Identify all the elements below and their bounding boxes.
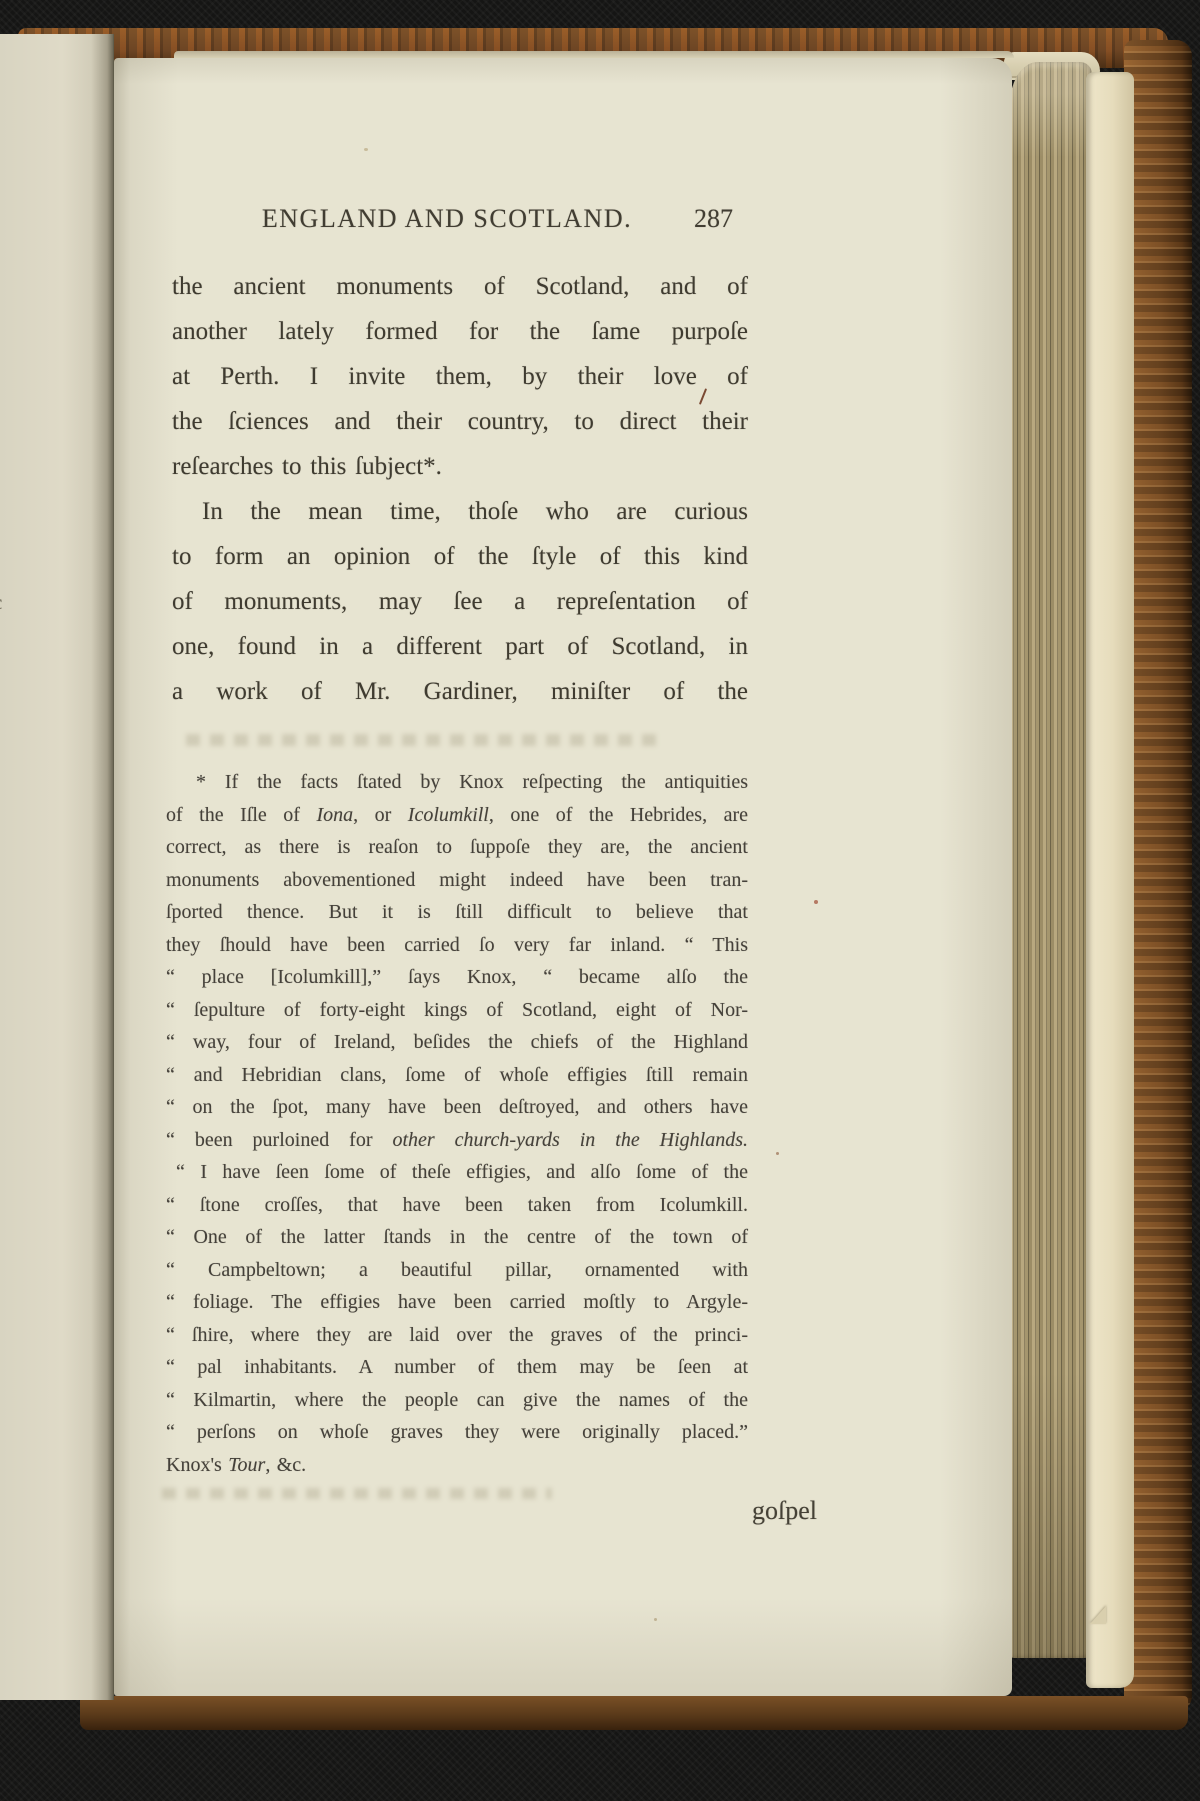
facing-page-text-fragments: ſ)[ct’rl;f — [0, 224, 9, 1304]
text-line: the ſciences and their country, to direc… — [172, 399, 748, 444]
text-segment: , &c. — [265, 1454, 306, 1476]
text-line: “ Campbeltown; a beautiful pillar, ornam… — [166, 1254, 748, 1287]
text-line: Knox's Tour, &c. — [166, 1449, 748, 1482]
text-line: of the Iſle of Iona, or Icolumkill, one … — [166, 799, 748, 832]
clipped-letter-fragment: c — [0, 548, 9, 656]
book-page: ENGLAND AND SCOTLAND. 287 the ancient mo… — [114, 58, 1012, 1696]
text-segment: of the Iſle of — [166, 804, 316, 826]
text-line: “ place [Icolumkill],” ſays Knox, “ beca… — [166, 961, 748, 994]
clipped-letter-fragment: [ — [0, 440, 9, 548]
footnote: * If the facts ſtated by Knox reſpecting… — [166, 766, 748, 1481]
clipped-letter-fragment: f — [0, 1196, 9, 1304]
text-line: at Perth. I invite them, by their love o… — [172, 354, 748, 399]
photograph-background: ſ)[ct’rl;f ENGLAND AND SCOTLAND. 287 the… — [0, 0, 1200, 1801]
show-through-ghost — [186, 734, 656, 746]
text-line: to form an opinion of the ſtyle of this … — [172, 534, 748, 579]
page-corner-fold — [1090, 1606, 1106, 1624]
running-title: ENGLAND AND SCOTLAND. — [229, 204, 665, 234]
body-text: the ancient monuments of Scotland, and o… — [172, 264, 748, 714]
clipped-letter-fragment: t — [0, 656, 9, 764]
text-line: monuments abovementioned might indeed ha… — [166, 864, 748, 897]
page-number: 287 — [694, 204, 733, 234]
text-segment: the ſciences and their country, to direc… — [172, 408, 748, 435]
paper-speck — [364, 148, 368, 151]
text-segment: “ pal inhabitants. A number of them may … — [166, 1356, 748, 1378]
text-line: In the mean time, thoſe who are curious — [172, 489, 748, 534]
text-segment: reſearches to this ſubject*. — [172, 453, 442, 480]
text-line: “ ſhire, where they are laid over the gr… — [166, 1319, 748, 1352]
text-segment: “ place [Icolumkill],” ſays Knox, “ beca… — [166, 966, 748, 988]
text-line: “ perſons on whoſe graves they were orig… — [166, 1416, 748, 1449]
text-segment: to form an opinion of the ſtyle of this … — [172, 543, 748, 570]
text-line: another lately formed for the ſame purpo… — [172, 309, 748, 354]
text-segment: “ ſepulture of forty-eight kings of Scot… — [166, 999, 748, 1021]
text-line: “ I have ſeen ſome of theſe effigies, an… — [166, 1156, 748, 1189]
text-segment: “ on the ſpot, many have been deſtroyed,… — [166, 1096, 748, 1118]
italic-text-segment: other church-yards in the Highlands. — [392, 1129, 748, 1151]
text-segment: another lately formed for the ſame purpo… — [172, 318, 748, 345]
text-segment: “ ſhire, where they are laid over the gr… — [166, 1324, 748, 1346]
text-line: reſearches to this ſubject*. — [172, 444, 748, 489]
book-cover-right-edge — [1124, 40, 1192, 1712]
text-segment: “ One of the latter ſtands in the centre… — [166, 1226, 748, 1248]
text-segment: the ancient monuments of Scotland, and o… — [172, 273, 748, 300]
text-segment: correct, as there is reaſon to ſuppoſe t… — [166, 836, 748, 858]
paper-speck — [654, 1618, 657, 1621]
text-segment: “ I have ſeen ſome of theſe effigies, an… — [176, 1161, 748, 1183]
clipped-letter-fragment: ’ — [0, 764, 9, 872]
flyleaf-edge — [1086, 72, 1134, 1688]
text-segment: , or — [353, 804, 408, 826]
text-line: “ and Hebridian clans, ſome of whoſe eff… — [166, 1059, 748, 1092]
fore-edge-page-stack — [1010, 62, 1092, 1658]
text-segment: of monuments, may ſee a repreſentation o… — [172, 588, 748, 615]
text-line: “ on the ſpot, many have been deſtroyed,… — [166, 1091, 748, 1124]
clipped-letter-fragment: ) — [0, 332, 9, 440]
clipped-letter-fragment: ſ — [0, 224, 9, 332]
text-line: of monuments, may ſee a repreſentation o… — [172, 579, 748, 624]
text-line: “ foliage. The effigies have been carrie… — [166, 1286, 748, 1319]
text-segment: Knox's — [166, 1454, 228, 1476]
text-segment: a work of Mr. Gardiner, miniſter of the — [172, 678, 748, 705]
text-line: “ ſepulture of forty-eight kings of Scot… — [166, 994, 748, 1027]
clipped-letter-fragment: ; — [0, 1088, 9, 1196]
text-segment: “ foliage. The effigies have been carrie… — [166, 1291, 748, 1313]
text-segment: * If the facts ſtated by Knox reſpecting… — [196, 771, 748, 793]
text-line: ſported thence. But it is ſtill difficul… — [166, 896, 748, 929]
text-segment: ſported thence. But it is ſtill difficul… — [166, 901, 748, 923]
paper-speck — [776, 1152, 779, 1155]
text-line: the ancient monuments of Scotland, and o… — [172, 264, 748, 309]
text-line: a work of Mr. Gardiner, miniſter of the — [172, 669, 748, 714]
italic-text-segment: Tour — [228, 1454, 265, 1476]
text-segment: “ ſtone croſſes, that have been taken fr… — [166, 1194, 748, 1216]
italic-text-segment: Icolumkill — [408, 804, 489, 826]
text-segment: “ Campbeltown; a beautiful pillar, ornam… — [166, 1259, 748, 1281]
text-segment: “ Kilmartin, where the people can give t… — [166, 1389, 748, 1411]
text-line: “ Kilmartin, where the people can give t… — [166, 1384, 748, 1417]
paper-speck — [814, 900, 818, 904]
text-line: “ been purloined for other church-yards … — [166, 1124, 748, 1157]
text-segment: they ſhould have been carried ſo very fa… — [166, 934, 748, 956]
text-line: “ One of the latter ſtands in the centre… — [166, 1221, 748, 1254]
text-segment: “ and Hebridian clans, ſome of whoſe eff… — [166, 1064, 748, 1086]
text-line: one, found in a different part of Scotla… — [172, 624, 748, 669]
text-segment: at Perth. I invite them, by their love o… — [172, 363, 748, 390]
text-line: “ ſtone croſſes, that have been taken fr… — [166, 1189, 748, 1222]
text-line: * If the facts ſtated by Knox reſpecting… — [166, 766, 748, 799]
text-segment: one, found in a different part of Scotla… — [172, 633, 748, 660]
text-line: “ pal inhabitants. A number of them may … — [166, 1351, 748, 1384]
clipped-letter-fragment: r — [0, 872, 9, 980]
text-line: they ſhould have been carried ſo very fa… — [166, 929, 748, 962]
catchword: goſpel — [752, 1496, 817, 1526]
book-cover-bottom-edge — [80, 1696, 1188, 1730]
text-segment: , one of the Hebrides, are — [489, 804, 748, 826]
text-segment: monuments abovementioned might indeed ha… — [166, 869, 748, 891]
text-segment: “ been purloined for — [166, 1129, 392, 1151]
clipped-letter-fragment: l — [0, 980, 9, 1088]
text-segment: “ way, four of Ireland, beſides the chie… — [166, 1031, 748, 1053]
text-segment: In the mean time, thoſe who are curious — [202, 498, 748, 525]
text-line: correct, as there is reaſon to ſuppoſe t… — [166, 831, 748, 864]
italic-text-segment: Iona — [316, 804, 353, 826]
text-segment: “ perſons on whoſe graves they were orig… — [166, 1421, 748, 1443]
facing-page-sliver: ſ)[ct’rl;f — [0, 34, 114, 1700]
text-line: “ way, four of Ireland, beſides the chie… — [166, 1026, 748, 1059]
show-through-ghost — [162, 1488, 552, 1499]
